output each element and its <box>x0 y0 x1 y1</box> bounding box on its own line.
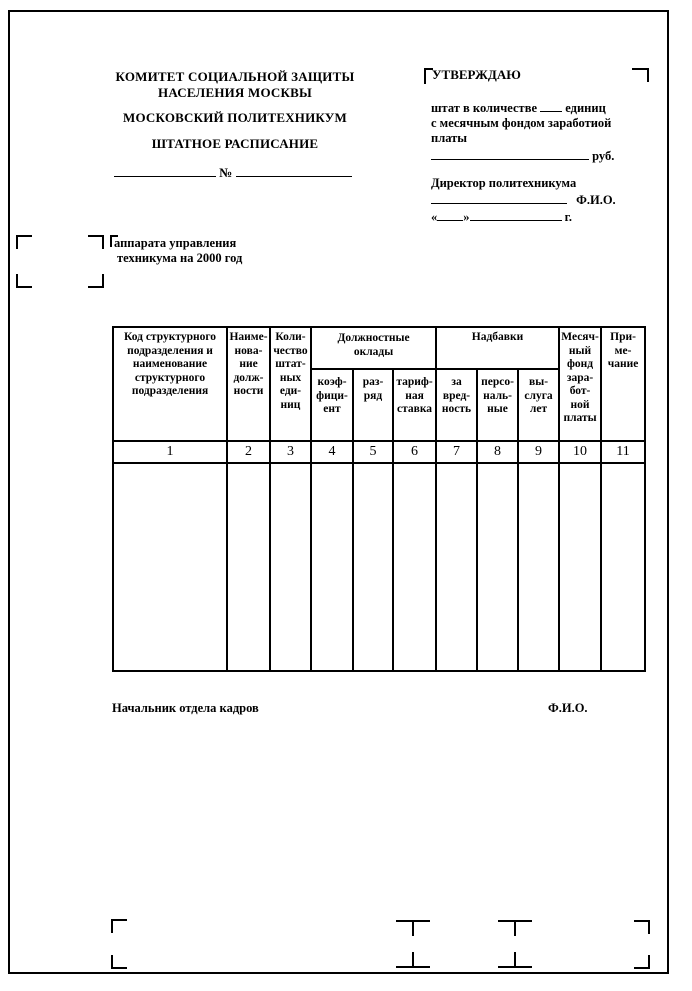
month-year-blank[interactable] <box>470 208 562 221</box>
date-blank[interactable] <box>114 164 216 177</box>
subject-line-1: аппарата управления <box>114 236 242 251</box>
schedule-subject: аппарата управления техникума на 2000 го… <box>114 236 242 266</box>
column-number: 7 <box>436 441 477 463</box>
corner-mark-icon <box>111 955 127 969</box>
column-number-row: 1 2 3 4 5 6 7 8 9 10 11 <box>113 441 645 463</box>
column-header: При-ме-чание <box>601 327 645 441</box>
table-cell[interactable] <box>601 463 645 671</box>
column-header: Наиме-нова-ние долж-ности <box>227 327 270 441</box>
column-header: Код структурного подразделения и наимено… <box>113 327 227 441</box>
column-number: 4 <box>311 441 353 463</box>
fund-amount-line: руб. <box>431 147 661 164</box>
signer-title: Начальник отдела кадров <box>112 701 259 716</box>
corner-mark-icon <box>632 68 649 82</box>
corner-mark-icon <box>111 919 127 933</box>
document-type: ШТАТНОЕ РАСПИСАНИЕ <box>100 136 370 152</box>
number-label: № <box>219 165 232 180</box>
column-header: Коли-чество штат-ных еди-ниц <box>270 327 311 441</box>
table-cell[interactable] <box>559 463 601 671</box>
number-blank[interactable] <box>236 164 352 177</box>
organization-line-2: НАСЕЛЕНИЯ МОСКВЫ <box>100 85 370 101</box>
column-number: 8 <box>477 441 518 463</box>
column-number: 6 <box>393 441 436 463</box>
director-title: Директор политехникума <box>431 176 661 191</box>
staff-count-blank[interactable] <box>540 99 562 112</box>
subject-line-2: техникума на 2000 год <box>114 251 242 266</box>
organization-name: КОМИТЕТ СОЦИАЛЬНОЙ ЗАЩИТЫ НАСЕЛЕНИЯ МОСК… <box>100 69 370 101</box>
table-cell[interactable] <box>393 463 436 671</box>
signer-name: Ф.И.О. <box>548 701 588 716</box>
table-cell[interactable] <box>270 463 311 671</box>
column-group-header: Должностные оклады <box>311 327 436 369</box>
column-number: 1 <box>113 441 227 463</box>
fund-amount-blank[interactable] <box>431 147 589 160</box>
table-row <box>113 463 645 671</box>
director-signature-blank[interactable] <box>431 191 567 204</box>
approval-date-line: «» г. <box>431 208 661 225</box>
corner-mark-icon <box>634 955 650 969</box>
column-header: коэф-фици-ент <box>311 369 353 441</box>
document-number-line: № <box>114 164 352 181</box>
column-group-header: Надбавки <box>436 327 559 369</box>
table-cell[interactable] <box>436 463 477 671</box>
fund-line-2: платы <box>431 131 661 146</box>
column-header: Месяч-ный фонд зара-бот-ной платы <box>559 327 601 441</box>
column-header: за вред-ность <box>436 369 477 441</box>
table-cell[interactable] <box>477 463 518 671</box>
organization-line-1: КОМИТЕТ СОЦИАЛЬНОЙ ЗАЩИТЫ <box>100 69 370 85</box>
tee-mark-icon <box>498 920 532 936</box>
column-header: вы-слуга лет <box>518 369 559 441</box>
column-number: 5 <box>353 441 393 463</box>
column-header: персо-наль-ные <box>477 369 518 441</box>
day-blank[interactable] <box>437 208 463 221</box>
column-header: раз-ряд <box>353 369 393 441</box>
tee-mark-icon <box>498 952 532 968</box>
institution-name: МОСКОВСКИЙ ПОЛИТЕХНИКУМ <box>100 110 370 126</box>
column-number: 10 <box>559 441 601 463</box>
tee-mark-icon <box>396 952 430 968</box>
corner-mark-icon <box>16 274 32 288</box>
fund-line-1: с месячным фондом заработиой <box>431 116 661 131</box>
table-cell[interactable] <box>518 463 559 671</box>
column-number: 3 <box>270 441 311 463</box>
staff-schedule-table: Код структурного подразделения и наимено… <box>112 326 646 672</box>
approval-title: УТВЕРЖДАЮ <box>432 67 521 83</box>
table-cell[interactable] <box>227 463 270 671</box>
corner-mark-icon <box>88 274 104 288</box>
corner-mark-icon <box>16 235 32 249</box>
corner-mark-icon <box>634 920 650 934</box>
table-cell[interactable] <box>353 463 393 671</box>
director-signature-line: Ф.И.О. <box>431 191 661 208</box>
tee-mark-icon <box>396 920 430 936</box>
corner-mark-icon <box>88 235 104 249</box>
column-number: 9 <box>518 441 559 463</box>
table-cell[interactable] <box>113 463 227 671</box>
column-header: тариф-ная ставка <box>393 369 436 441</box>
column-number: 2 <box>227 441 270 463</box>
column-number: 11 <box>601 441 645 463</box>
approval-details: штат в количестве единиц с месячным фонд… <box>431 99 661 225</box>
table-header-row: Код структурного подразделения и наимено… <box>113 327 645 369</box>
table-cell[interactable] <box>311 463 353 671</box>
staff-count-line: штат в количестве единиц <box>431 99 661 116</box>
